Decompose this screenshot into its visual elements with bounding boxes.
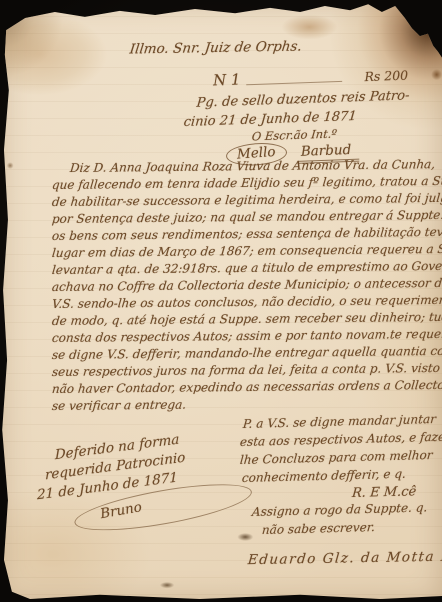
judge-decision-block: Deferido na forma requerida Patrocinio 2…	[32, 429, 220, 529]
addressee-line: Illmo. Snr. Juiz de Orphs.	[129, 39, 303, 58]
fee-amount: Rs 200	[364, 68, 408, 85]
case-number: N 1	[213, 70, 241, 89]
erm-abbreviation: R. E M.cê	[351, 484, 416, 501]
manuscript-scan: Illmo. Snr. Juiz de Orphs. N 1 Rs 200 Pg…	[0, 0, 442, 602]
witness-signature: Eduardo Glz. da Motta Ramos	[247, 548, 442, 568]
ruled-line	[247, 81, 343, 85]
petition-body-line: se verificar a entrega.	[51, 398, 187, 413]
rogo-line: não sabe escrever.	[261, 520, 375, 537]
